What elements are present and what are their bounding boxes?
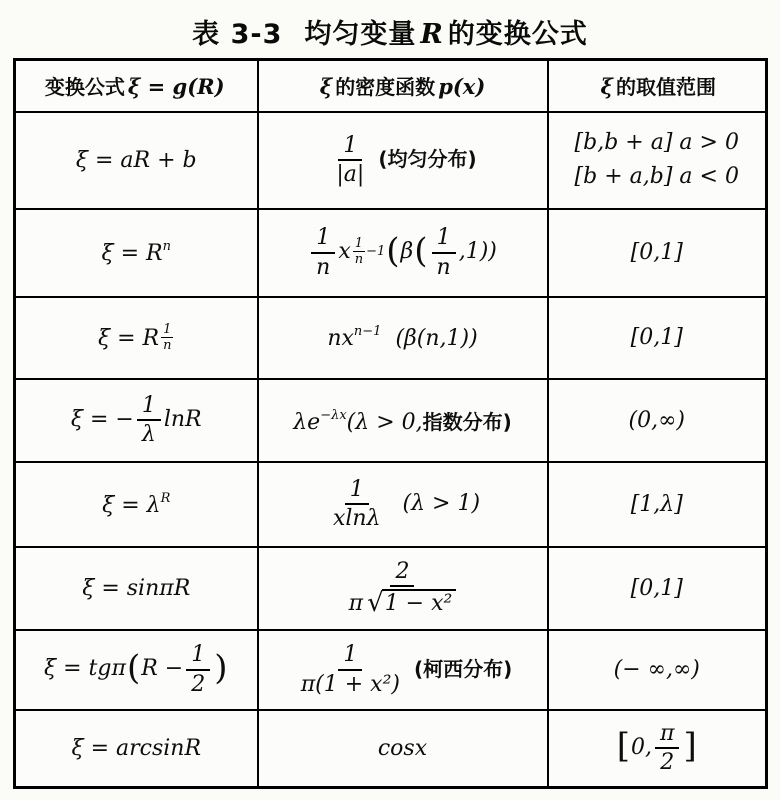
- formula-cell-sine: ξ = sinπR: [15, 547, 258, 630]
- square-root: √1 − x²: [367, 589, 456, 615]
- density-x: x: [338, 240, 350, 265]
- exponent-fraction: 1n: [353, 237, 365, 266]
- formula-log-pre: ξ = −: [71, 407, 134, 432]
- fraction: 12: [186, 643, 210, 695]
- formula-sine: ξ = sinπR: [82, 576, 190, 601]
- header-range-label: 的取值范围: [616, 75, 716, 99]
- denominator: n: [432, 254, 456, 279]
- exponent-fraction: 1n: [161, 323, 173, 352]
- denominator: n: [161, 338, 173, 352]
- numerator: 1: [311, 226, 335, 253]
- formula-root-base: ξ = R: [98, 326, 159, 351]
- header-formula-label: 变换公式: [45, 75, 125, 99]
- denominator: 2: [655, 749, 679, 774]
- close-bracket: ]: [683, 726, 696, 766]
- formula-cell-exp: ξ = λR: [15, 462, 258, 547]
- range-root: [0,1]: [631, 325, 683, 350]
- density-root-note: (β(n,1)): [395, 326, 477, 351]
- denominator: xlnλ: [328, 505, 386, 530]
- fraction: 2π√1 − x²: [344, 560, 462, 615]
- header-density-label: 的密度函数: [335, 75, 435, 99]
- range-cell-exp: [1,λ]: [548, 462, 767, 547]
- fraction: π2: [655, 722, 679, 774]
- row-arcsine: ξ = arcsinR cosx [0,π2]: [15, 710, 767, 788]
- range-cell-log: (0,∞): [548, 379, 767, 462]
- range-sine: [0,1]: [631, 576, 683, 601]
- page-title: 表 3-3均匀变量R的变换公式: [0, 12, 780, 51]
- denominator: n: [353, 252, 365, 266]
- title-text-pre: 均匀变量: [304, 19, 416, 50]
- formula-cell-root: ξ = R1n: [15, 297, 258, 379]
- formula-exp-exponent: R: [161, 491, 171, 506]
- density-arcsine: cosx: [378, 736, 427, 761]
- range-line-1: [b,b + a] a > 0: [553, 126, 762, 160]
- formula-log-post: lnR: [164, 407, 202, 432]
- density-cell-power: 1nx1n−1(β(1n,1)): [258, 209, 548, 297]
- beta-close: ,1)): [459, 240, 497, 265]
- title-text-post: 的变换公式: [448, 19, 588, 50]
- formula-power-base: ξ = R: [102, 241, 163, 266]
- formula-cell-arcsine: ξ = arcsinR: [15, 710, 258, 788]
- formula-cell-power: ξ = Rn: [15, 209, 258, 297]
- denominator: π(1 + x²): [296, 671, 405, 696]
- range-exp: [1,λ]: [631, 492, 683, 517]
- row-log: ξ = −1λlnR λe−λx(λ > 0,指数分布) (0,∞): [15, 379, 767, 462]
- exponent-group: 1n−1: [352, 237, 386, 266]
- numerator: 1: [338, 134, 362, 161]
- range-cell-power: [0,1]: [548, 209, 767, 297]
- range-cell-tangent: (− ∞,∞): [548, 630, 767, 710]
- numerator: π: [655, 722, 679, 749]
- close-paren: ): [214, 648, 227, 688]
- density-root-exponent: n−1: [354, 324, 382, 339]
- numerator: 1: [186, 643, 210, 670]
- range-cell-linear: [b,b + a] a > 0 [b + a,b] a < 0: [548, 112, 767, 209]
- formula-cell-linear: ξ = aR + b: [15, 112, 258, 209]
- formula-arcsine: ξ = arcsinR: [71, 736, 201, 761]
- range-cell-root: [0,1]: [548, 297, 767, 379]
- fraction: 1|a|: [331, 134, 369, 186]
- open-paren: (: [127, 648, 140, 688]
- numerator: 1: [353, 237, 365, 252]
- header-density-px: p(x): [438, 74, 485, 99]
- density-cell-log: λe−λx(λ > 0,指数分布): [258, 379, 548, 462]
- numerator: 1: [338, 643, 362, 670]
- row-power: ξ = Rn 1nx1n−1(β(1n,1)) [0,1]: [15, 209, 767, 297]
- denominator: λ: [137, 421, 161, 446]
- density-cell-sine: 2π√1 − x²: [258, 547, 548, 630]
- range-power: [0,1]: [631, 240, 683, 265]
- numerator: 1: [137, 394, 161, 421]
- numerator: 1: [161, 323, 173, 338]
- open-paren: (: [414, 231, 427, 271]
- density-exp-condition: (λ > 1): [403, 491, 481, 516]
- pi-symbol: π: [349, 592, 363, 617]
- numerator: 2: [390, 560, 414, 587]
- header-range-col: ξ的取值范围: [548, 60, 767, 112]
- density-cell-arcsine: cosx: [258, 710, 548, 788]
- density-cell-linear: 1|a|(均匀分布): [258, 112, 548, 209]
- formula-tan-mid: R −: [141, 657, 183, 682]
- range-log: (0,∞): [629, 408, 685, 433]
- density-cell-exp: 1xlnλ(λ > 1): [258, 462, 548, 547]
- formula-linear: ξ = aR + b: [76, 148, 197, 173]
- table-number: 表 3-3: [192, 19, 282, 50]
- beta-arg-fraction: 1n: [432, 226, 456, 278]
- denominator: n: [311, 254, 335, 279]
- row-exp: ξ = λR 1xlnλ(λ > 1) [1,λ]: [15, 462, 767, 547]
- header-density-xi: ξ: [320, 74, 332, 99]
- density-log-exponent: −λx: [320, 408, 346, 423]
- formula-tan-pre: ξ = tgπ: [44, 657, 126, 682]
- density-note-exponential: 指数分布): [423, 410, 512, 434]
- range-tangent: (− ∞,∞): [614, 657, 700, 682]
- denominator: |a|: [331, 161, 369, 186]
- range-line-2: [b + a,b] a < 0: [553, 160, 762, 194]
- formula-exp-base: ξ = λ: [102, 493, 160, 518]
- density-cell-root: nxn−1(β(n,1)): [258, 297, 548, 379]
- density-note-uniform: (均匀分布): [378, 147, 476, 171]
- exponent-group: 1n: [160, 323, 174, 352]
- denominator: π√1 − x²: [344, 587, 462, 615]
- numerator: 1: [345, 478, 369, 505]
- fraction: 1π(1 + x²): [296, 643, 405, 695]
- row-sine: ξ = sinπR 2π√1 − x² [0,1]: [15, 547, 767, 630]
- open-paren: (: [386, 231, 399, 271]
- header-density-col: ξ的密度函数p(x): [258, 60, 548, 112]
- range-cell-sine: [0,1]: [548, 547, 767, 630]
- fraction: 1λ: [137, 394, 161, 446]
- denominator: 2: [186, 671, 210, 696]
- transform-formula-table: 变换公式ξ = g(R) ξ的密度函数p(x) ξ的取值范围 ξ = aR + …: [13, 58, 768, 789]
- open-bracket: [: [617, 726, 630, 766]
- header-formula-col: 变换公式ξ = g(R): [15, 60, 258, 112]
- row-linear: ξ = aR + b 1|a|(均匀分布) [b,b + a] a > 0 [b…: [15, 112, 767, 209]
- row-tangent: ξ = tgπ(R −12) 1π(1 + x²)(柯西分布) (− ∞,∞): [15, 630, 767, 710]
- header-formula-math: ξ = g(R): [128, 74, 225, 99]
- range-arcsine-pre: 0,: [631, 735, 652, 760]
- density-root-base: nx: [327, 326, 354, 351]
- exponent-tail: −1: [366, 244, 385, 259]
- title-variable: R: [420, 19, 443, 50]
- fraction: 1n: [311, 226, 335, 278]
- fraction: 1xlnλ: [328, 478, 386, 530]
- beta-symbol: β: [401, 240, 414, 265]
- row-root: ξ = R1n nxn−1(β(n,1)) [0,1]: [15, 297, 767, 379]
- formula-power-exponent: n: [163, 239, 171, 254]
- density-cell-tangent: 1π(1 + x²)(柯西分布): [258, 630, 548, 710]
- radicand: 1 − x²: [382, 589, 457, 615]
- density-log-base: λe: [293, 410, 320, 435]
- formula-cell-log: ξ = −1λlnR: [15, 379, 258, 462]
- numerator: 1: [432, 226, 456, 253]
- density-log-condition: (λ > 0,: [347, 410, 423, 435]
- range-cell-arcsine: [0,π2]: [548, 710, 767, 788]
- density-note-cauchy: (柯西分布): [414, 657, 512, 681]
- formula-cell-tangent: ξ = tgπ(R −12): [15, 630, 258, 710]
- header-range-xi: ξ: [601, 74, 613, 99]
- header-row: 变换公式ξ = g(R) ξ的密度函数p(x) ξ的取值范围: [15, 60, 767, 112]
